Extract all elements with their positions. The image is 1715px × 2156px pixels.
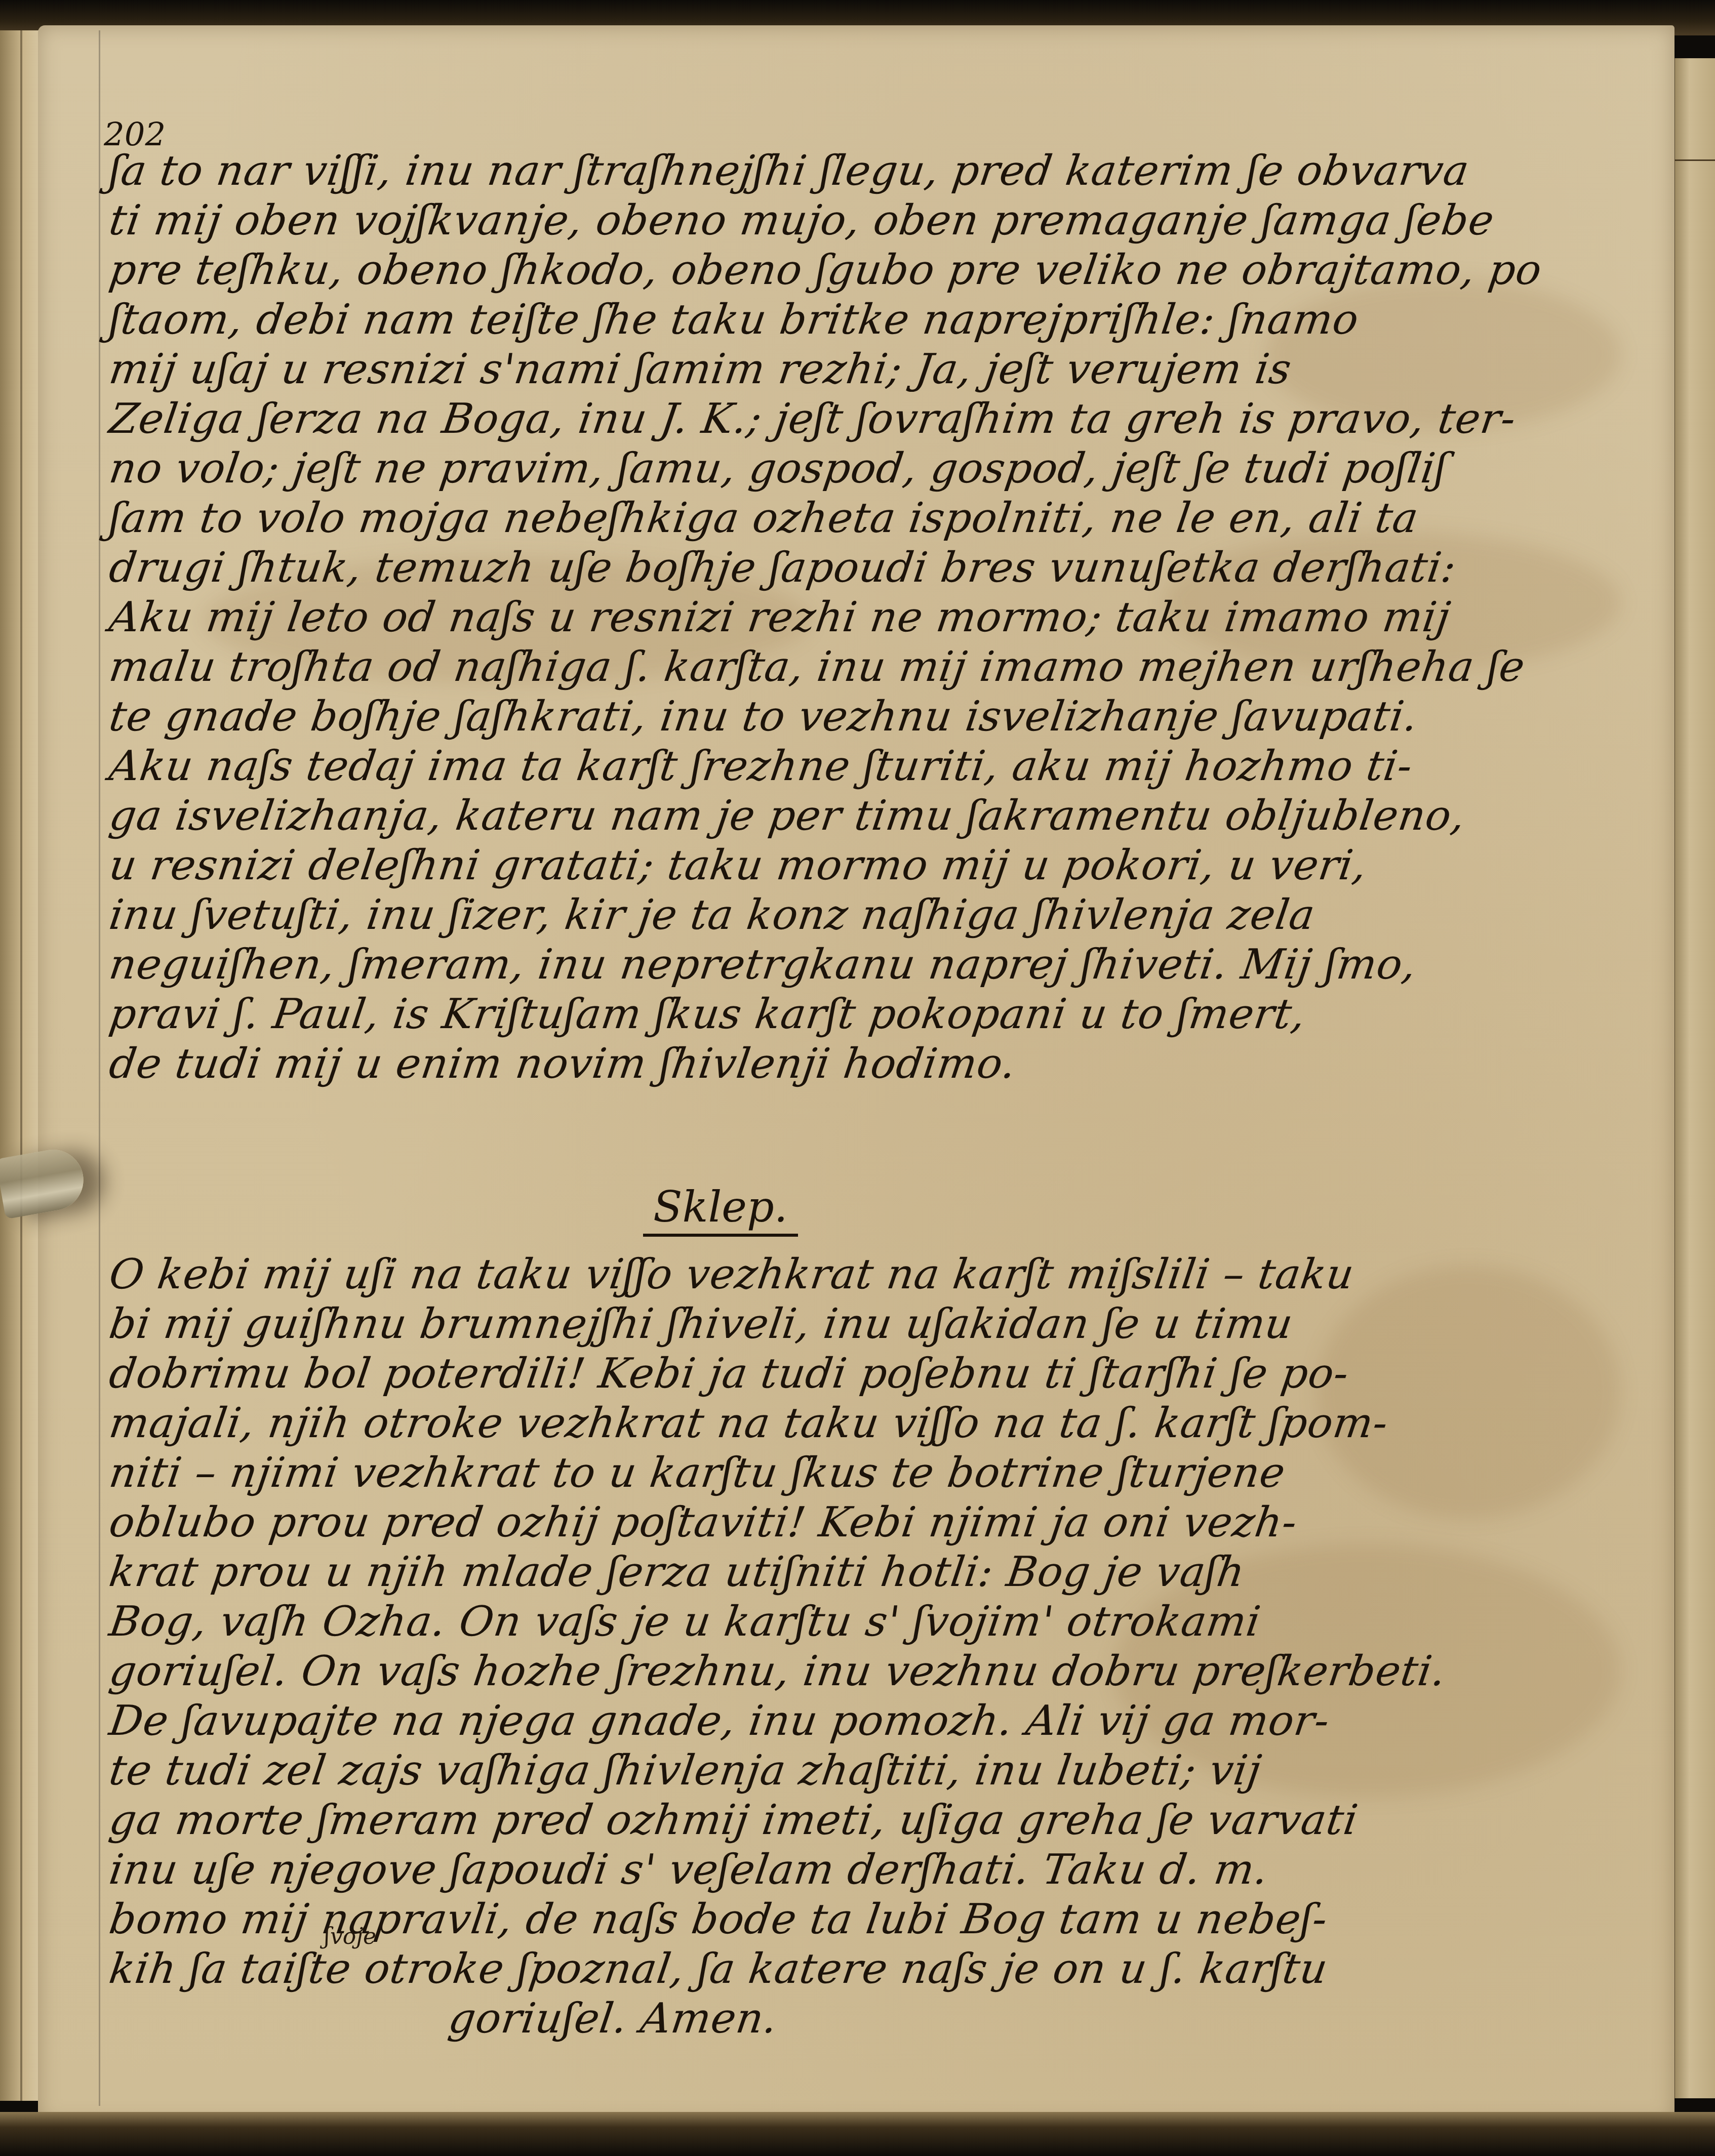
text-line: u resnizi deleʃhni gratati; taku mormo m…: [106, 841, 1370, 889]
text-line: O kebi mij uʃi na taku viʃʃo vezhkrat na…: [106, 1250, 1357, 1298]
text-line: ga morte ʃmeram pred ozhmij imeti, uʃiga…: [106, 1796, 1361, 1844]
text-line: ga isvelizhanja, kateru nam je per timu …: [106, 792, 1468, 840]
text-line: Zeliga ʃerza na Boga, inu J. K.; jeʃt ʃo…: [106, 395, 1519, 443]
text-line: inu uʃe njegove ʃapoudi s' veʃelam derʃh…: [106, 1846, 1271, 1894]
text-line: goriuʃel. Amen.: [446, 1995, 781, 2043]
text-line: malu troʃhta od naʃhiga ʃ. karʃta, inu m…: [106, 643, 1528, 691]
text-line: kih ʃa taiʃte otroke ʃpoznal, ʃa katere …: [106, 1945, 1331, 1993]
text-line: De ʃavupajte na njega gnade, inu pomozh.…: [106, 1697, 1333, 1745]
text-line: mij uʃaj u resnizi s'nami ʃamim rezhi; J…: [106, 345, 1295, 393]
text-line: Bog, vaʃh Ozha. On vaʃs je u karʃtu s' ʃ…: [106, 1598, 1264, 1646]
text-line: no volo; jeʃt ne pravim, ʃamu, gospod, g…: [106, 444, 1450, 493]
text-line: te tudi zel zajs vaʃhiga ʃhivlenja zhaʃt…: [106, 1746, 1264, 1795]
stain-3: [1317, 1266, 1620, 1519]
text-line: neguiʃhen, ʃmeram, inu nepretrgkanu napr…: [106, 941, 1420, 989]
text-line: bomo mij napravli, de naʃs bode ta lubi …: [106, 1895, 1331, 1943]
text-line: Aku mij leto od naʃs u resnizi rezhi ne …: [106, 593, 1453, 641]
text-line: bi mij guiʃhnu brumnejʃhi ʃhiveli, inu u…: [106, 1300, 1296, 1348]
text-line: ti mij oben vojʃkvanje, obeno mujo, oben…: [106, 196, 1497, 245]
text-line: pravi ʃ. Paul, is Kriʃtuʃam ʃkus karʃt p…: [106, 990, 1309, 1038]
text-line: de tudi mij u enim novim ʃhivlenji hodim…: [106, 1040, 1019, 1088]
text-line: Aku naʃs tedaj ima ta karʃt ʃrezhne ʃtur…: [106, 742, 1416, 790]
right-page-tab-line: [1673, 159, 1715, 161]
text-line: goriuʃel. On vaʃs hozhe ʃrezhnu, inu vez…: [106, 1647, 1449, 1695]
right-page-edge: [1673, 58, 1715, 2098]
text-line: dobrimu bol poterdili! Kebi ja tudi poʃe…: [106, 1350, 1352, 1398]
text-line: krat prou u njih mlade ʃerza utiʃniti ho…: [106, 1548, 1248, 1596]
margin-rule-line: [99, 30, 100, 2106]
text-line: ʃa to nar viʃʃi, inu nar ʃtraʃhnejʃhi ʃl…: [106, 147, 1472, 195]
text-line: te gnade boʃhje ʃaʃhkrati, inu to vezhnu…: [106, 693, 1421, 741]
text-line: oblubo prou pred ozhij poʃtaviti! Kebi n…: [106, 1498, 1300, 1547]
text-line: pre teʃhku, obeno ʃhkodo, obeno ʃgubo pr…: [106, 246, 1545, 294]
text-line: majali, njih otroke vezhkrat na taku viʃ…: [106, 1399, 1391, 1447]
text-line: niti – njimi vezhkrat to u karʃtu ʃkus t…: [106, 1449, 1289, 1497]
binding-fold-line: [20, 30, 22, 2101]
text-line: inu ʃvetuʃti, inu ʃizer, kir je ta konz …: [106, 891, 1318, 939]
page-bottom-edge: [0, 2112, 1715, 2156]
text-line: ʃam to volo mojga nebeʃhkiga ozheta ispo…: [106, 494, 1421, 542]
text-line: drugi ʃhtuk, temuzh uʃe boʃhje ʃapoudi b…: [106, 544, 1459, 592]
section-heading-sklep: Sklep.: [643, 1182, 798, 1237]
text-line: ʃtaom, debi nam teiʃte ʃhe taku britke n…: [106, 296, 1362, 344]
